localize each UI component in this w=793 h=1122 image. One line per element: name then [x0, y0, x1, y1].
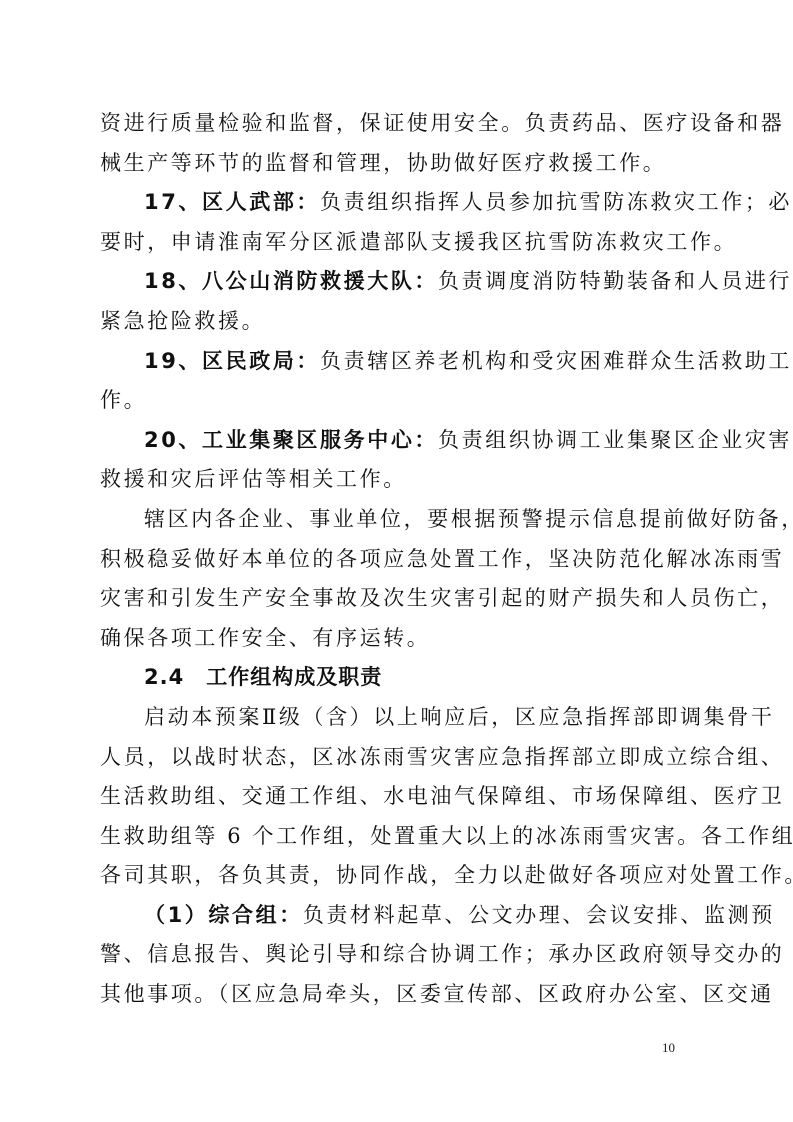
item-19: 19、区民政局：负责辖区养老机构和受灾困难群众生活救助工: [100, 342, 694, 382]
line-text: 生救助组等 6 个工作组，处置重大以上的冰冻雨雪灾害。各工作组: [100, 824, 793, 848]
line-text: 负责材料起草、公文办理、会议安排、监测预: [303, 903, 775, 927]
line-text: 各司其职，各负其责，协同作战，全力以赴做好各项应对处置工作。: [100, 863, 793, 887]
body-line: 人员，以战时状态，区冰冻雨雪灾害应急指挥部立即成立综合组、: [100, 738, 694, 778]
line-text: 负责辖区养老机构和受灾困难群众生活救助工: [320, 349, 792, 373]
body-line: 救援和灾后评估等相关工作。: [100, 460, 694, 500]
line-text: 灾害和引发生产安全事故及次生灾害引起的财产损失和人员伤亡，: [100, 586, 784, 610]
item-title: 20、工业集聚区服务中心：: [144, 428, 438, 452]
item-title: （1）综合组：: [144, 903, 303, 927]
line-text: 积极稳妥做好本单位的各项应急处置工作，坚决防范化解冰冻雨雪: [100, 547, 784, 571]
line-text: 要时，申请淮南军分区派遣部队支援我区抗雪防冻救灾工作。: [100, 230, 737, 254]
line-text: 负责组织协调工业集聚区企业灾害: [438, 428, 792, 452]
line-text: 启动本预案Ⅱ级（含）以上响应后，区应急指挥部即调集骨干: [144, 705, 774, 729]
item-17: 17、区人武部：负责组织指挥人员参加抗雪防冻救灾工作；必: [100, 183, 694, 223]
section-title: 2.4 工作组构成及职责: [144, 665, 382, 689]
item-title: 18、八公山消防救援大队：: [144, 269, 438, 293]
item-20: 20、工业集聚区服务中心：负责组织协调工业集聚区企业灾害: [100, 421, 694, 461]
body-line: 灾害和引发生产安全事故及次生灾害引起的财产损失和人员伤亡，: [100, 579, 694, 619]
line-text: 其他事项。（区应急局牵头，区委宣传部、区政府办公室、区交通: [100, 982, 774, 1006]
item-title: 17、区人武部：: [144, 190, 320, 214]
line-text: 确保各项工作安全、有序运转。: [100, 626, 430, 650]
document-page: 资进行质量检验和监督，保证使用安全。负责药品、医疗设备和器 械生产等环节的监督和…: [100, 104, 694, 1015]
item-18: 18、八公山消防救援大队：负责调度消防特勤装备和人员进行: [100, 262, 694, 302]
line-text: 紧急抢险救援。: [100, 309, 265, 333]
line-text: 警、信息报告、舆论引导和综合协调工作；承办区政府领导交办的: [100, 942, 784, 966]
body-line: 资进行质量检验和监督，保证使用安全。负责药品、医疗设备和器: [100, 104, 694, 144]
line-text: 负责调度消防特勤装备和人员进行: [438, 269, 792, 293]
body-line: 其他事项。（区应急局牵头，区委宣传部、区政府办公室、区交通: [100, 975, 694, 1015]
line-text: 生活救助组、交通工作组、水电油气保障组、市场保障组、医疗卫: [100, 784, 784, 808]
line-text: 资进行质量检验和监督，保证使用安全。负责药品、医疗设备和器: [100, 111, 784, 135]
page-number: 10: [662, 1040, 675, 1056]
body-line: 生活救助组、交通工作组、水电油气保障组、市场保障组、医疗卫: [100, 777, 694, 817]
item-title: 19、区民政局：: [144, 349, 320, 373]
line-text: 作。: [100, 388, 147, 412]
body-line: 各司其职，各负其责，协同作战，全力以赴做好各项应对处置工作。: [100, 856, 694, 896]
body-line: 积极稳妥做好本单位的各项应急处置工作，坚决防范化解冰冻雨雪: [100, 540, 694, 580]
section-heading: 2.4 工作组构成及职责: [100, 658, 694, 698]
paragraph-start: 启动本预案Ⅱ级（含）以上响应后，区应急指挥部即调集骨干: [100, 698, 694, 738]
paragraph-start: 辖区内各企业、事业单位，要根据预警提示信息提前做好防备，: [100, 500, 694, 540]
body-line: 作。: [100, 381, 694, 421]
body-line: 确保各项工作安全、有序运转。: [100, 619, 694, 659]
body-line: 生救助组等 6 个工作组，处置重大以上的冰冻雨雪灾害。各工作组: [100, 817, 694, 857]
line-text: 救援和灾后评估等相关工作。: [100, 467, 407, 491]
body-line: 紧急抢险救援。: [100, 302, 694, 342]
line-text: 人员，以战时状态，区冰冻雨雪灾害应急指挥部立即成立综合组、: [100, 745, 784, 769]
body-line: 警、信息报告、舆论引导和综合协调工作；承办区政府领导交办的: [100, 935, 694, 975]
line-text: 辖区内各企业、事业单位，要根据预警提示信息提前做好防备，: [144, 507, 793, 531]
line-text: 械生产等环节的监督和管理，协助做好医疗救援工作。: [100, 151, 666, 175]
group-1-comprehensive: （1）综合组：负责材料起草、公文办理、会议安排、监测预: [100, 896, 694, 936]
line-text: 负责组织指挥人员参加抗雪防冻救灾工作；必: [320, 190, 792, 214]
body-line: 械生产等环节的监督和管理，协助做好医疗救援工作。: [100, 144, 694, 184]
body-line: 要时，申请淮南军分区派遣部队支援我区抗雪防冻救灾工作。: [100, 223, 694, 263]
